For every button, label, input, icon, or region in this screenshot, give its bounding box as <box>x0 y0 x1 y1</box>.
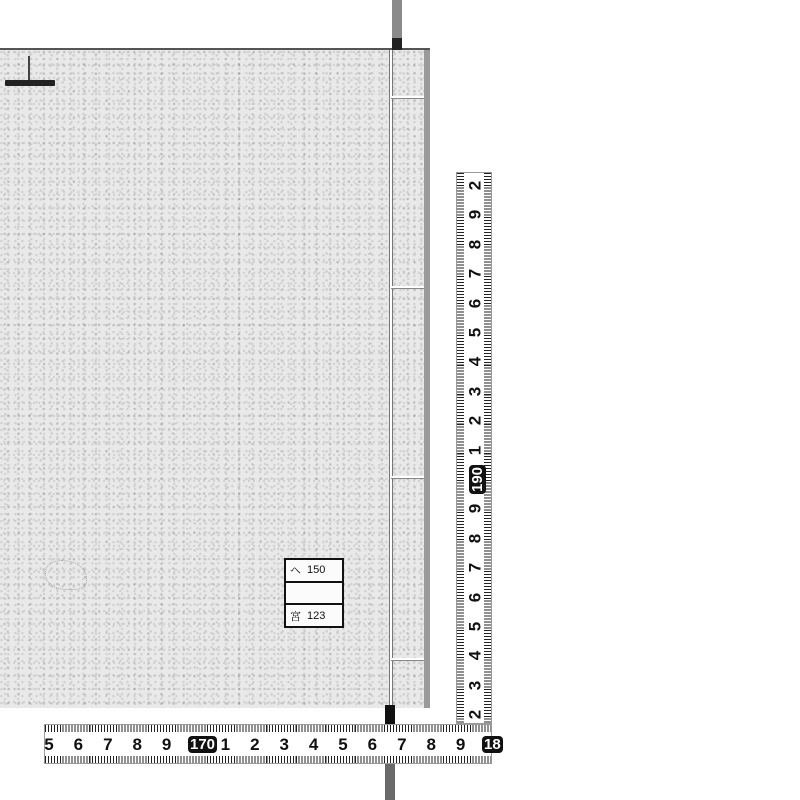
ruler-number: 5 <box>467 619 484 635</box>
ruler-number: 2 <box>247 736 263 753</box>
ruler-ticks <box>457 173 464 723</box>
ruler-number: 3 <box>467 383 484 399</box>
ruler-number: 8 <box>129 736 145 753</box>
ruler-number: 4 <box>467 648 484 664</box>
ruler-number: 9 <box>467 501 484 517</box>
call-number-label: ヘ 150 宮 123 <box>284 558 344 628</box>
ruler-number: 9 <box>453 736 469 753</box>
ruler-ticks <box>45 725 491 732</box>
ruler-number: 9 <box>159 736 175 753</box>
ruler-number: 2 <box>467 178 484 194</box>
book-cover <box>0 48 430 708</box>
ruler-number: 2 <box>467 707 484 723</box>
cover-smudge <box>45 560 87 590</box>
ruler-number: 1 <box>217 736 233 753</box>
ruler-number: 7 <box>100 736 116 753</box>
label-row-3-mark: 宮 <box>290 608 301 624</box>
label-row-3-number: 123 <box>307 610 325 622</box>
label-row-1-mark: ヘ <box>290 562 301 578</box>
tab-mark <box>5 80 55 86</box>
binding-thread-line <box>390 50 392 708</box>
ruler-number: 7 <box>467 560 484 576</box>
ruler-number: 2 <box>467 413 484 429</box>
ruler-number: 5 <box>41 736 57 753</box>
ruler-number: 9 <box>467 207 484 223</box>
binding-stitch <box>391 476 425 478</box>
ruler-ticks <box>45 756 491 763</box>
ruler-number: 4 <box>306 736 322 753</box>
binding-stitch <box>391 658 425 660</box>
ruler-number: 3 <box>276 736 292 753</box>
ruler-number: 4 <box>467 354 484 370</box>
label-row-1: ヘ 150 <box>286 560 342 583</box>
ruler-number: 1 <box>467 442 484 458</box>
vertical-ruler: 298765432119098765432 <box>456 172 492 724</box>
ruler-number: 8 <box>467 236 484 252</box>
ruler-number: 8 <box>423 736 439 753</box>
label-row-1-number: 150 <box>307 564 325 576</box>
binding-stitch <box>391 286 425 288</box>
ruler-number: 190 <box>469 465 486 494</box>
ruler-number: 5 <box>467 325 484 341</box>
cover-edge <box>424 50 430 708</box>
ruler-ticks <box>484 173 491 723</box>
ruler-number: 5 <box>335 736 351 753</box>
horizontal-ruler: 5678917012345678918 <box>44 724 492 764</box>
ruler-number: 18 <box>482 736 503 753</box>
label-row-2 <box>286 583 342 606</box>
binding-stitch <box>391 96 425 98</box>
tab-mark-vertical <box>28 56 30 82</box>
label-row-3: 宮 123 <box>286 605 342 626</box>
ruler-number: 8 <box>467 530 484 546</box>
ruler-number: 7 <box>467 266 484 282</box>
ruler-number: 6 <box>364 736 380 753</box>
ruler-number: 7 <box>394 736 410 753</box>
ruler-number: 170 <box>188 736 217 753</box>
bookmark-ribbon-top-shadow <box>392 38 402 50</box>
ruler-number: 6 <box>467 295 484 311</box>
ruler-number: 6 <box>467 589 484 605</box>
ruler-number: 6 <box>70 736 86 753</box>
ruler-number: 3 <box>467 677 484 693</box>
